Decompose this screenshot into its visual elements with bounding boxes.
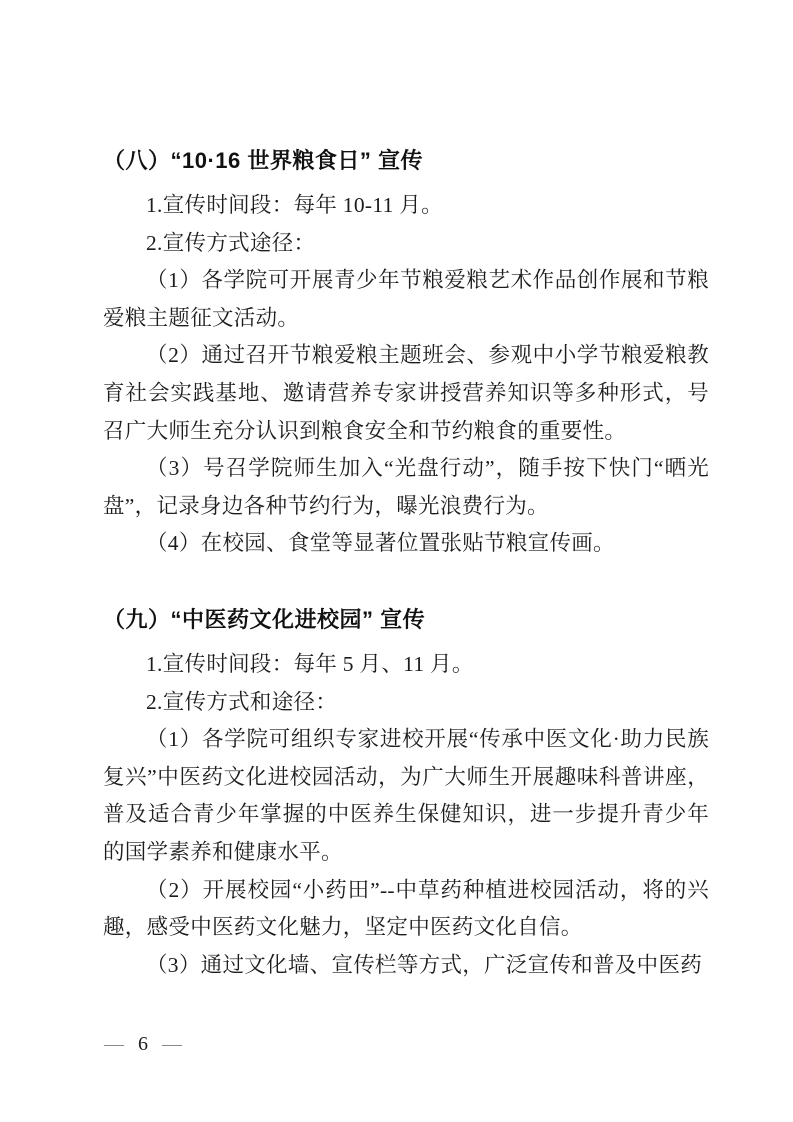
paragraph: （3）通过文化墙、宣传栏等方式，广泛宣传和普及中医药: [103, 947, 709, 985]
paragraph: （3）号召学院师生加入“光盘行动”，随手按下快门“晒光盘”，记录身边各种节约行为…: [103, 450, 709, 525]
section-world-food-day: （八）“10·16 世界粮食日” 宣传 1.宣传时间段：每年 10-11 月。 …: [103, 142, 709, 563]
document-body: （八）“10·16 世界粮食日” 宣传 1.宣传时间段：每年 10-11 月。 …: [103, 142, 709, 984]
section-heading: （九）“中医药文化进校园” 宣传: [103, 601, 709, 639]
footer-dash-right: —: [162, 1033, 182, 1055]
paragraph: （2）开展校园“小药田”--中草药种植进校园活动，将的兴趣，感受中医药文化魅力，…: [103, 872, 709, 947]
paragraph: （4）在校园、食堂等显著位置张贴节粮宣传画。: [103, 525, 709, 563]
page-number: 6: [138, 1030, 148, 1058]
paragraph: 1.宣传时间段：每年 5 月、11 月。: [103, 646, 709, 684]
section-heading: （八）“10·16 世界粮食日” 宣传: [103, 142, 709, 180]
page-footer: —6—: [104, 1030, 182, 1058]
section-tcm-culture: （九）“中医药文化进校园” 宣传 1.宣传时间段：每年 5 月、11 月。 2.…: [103, 601, 709, 984]
paragraph: 2.宣传方式和途径：: [103, 684, 709, 722]
paragraph: （2）通过召开节粮爱粮主题班会、参观中小学节粮爱粮教育社会实践基地、邀请营养专家…: [103, 337, 709, 450]
paragraph: （1）各学院可组织专家进校开展“传承中医文化·助力民族复兴”中医药文化进校园活动…: [103, 721, 709, 871]
document-page: （八）“10·16 世界粮食日” 宣传 1.宣传时间段：每年 10-11 月。 …: [0, 0, 793, 1122]
paragraph: 1.宣传时间段：每年 10-11 月。: [103, 187, 709, 225]
paragraph: （1）各学院可开展青少年节粮爱粮艺术作品创作展和节粮爱粮主题征文活动。: [103, 262, 709, 337]
paragraph: 2.宣传方式途径：: [103, 225, 709, 263]
footer-dash-left: —: [104, 1033, 124, 1055]
